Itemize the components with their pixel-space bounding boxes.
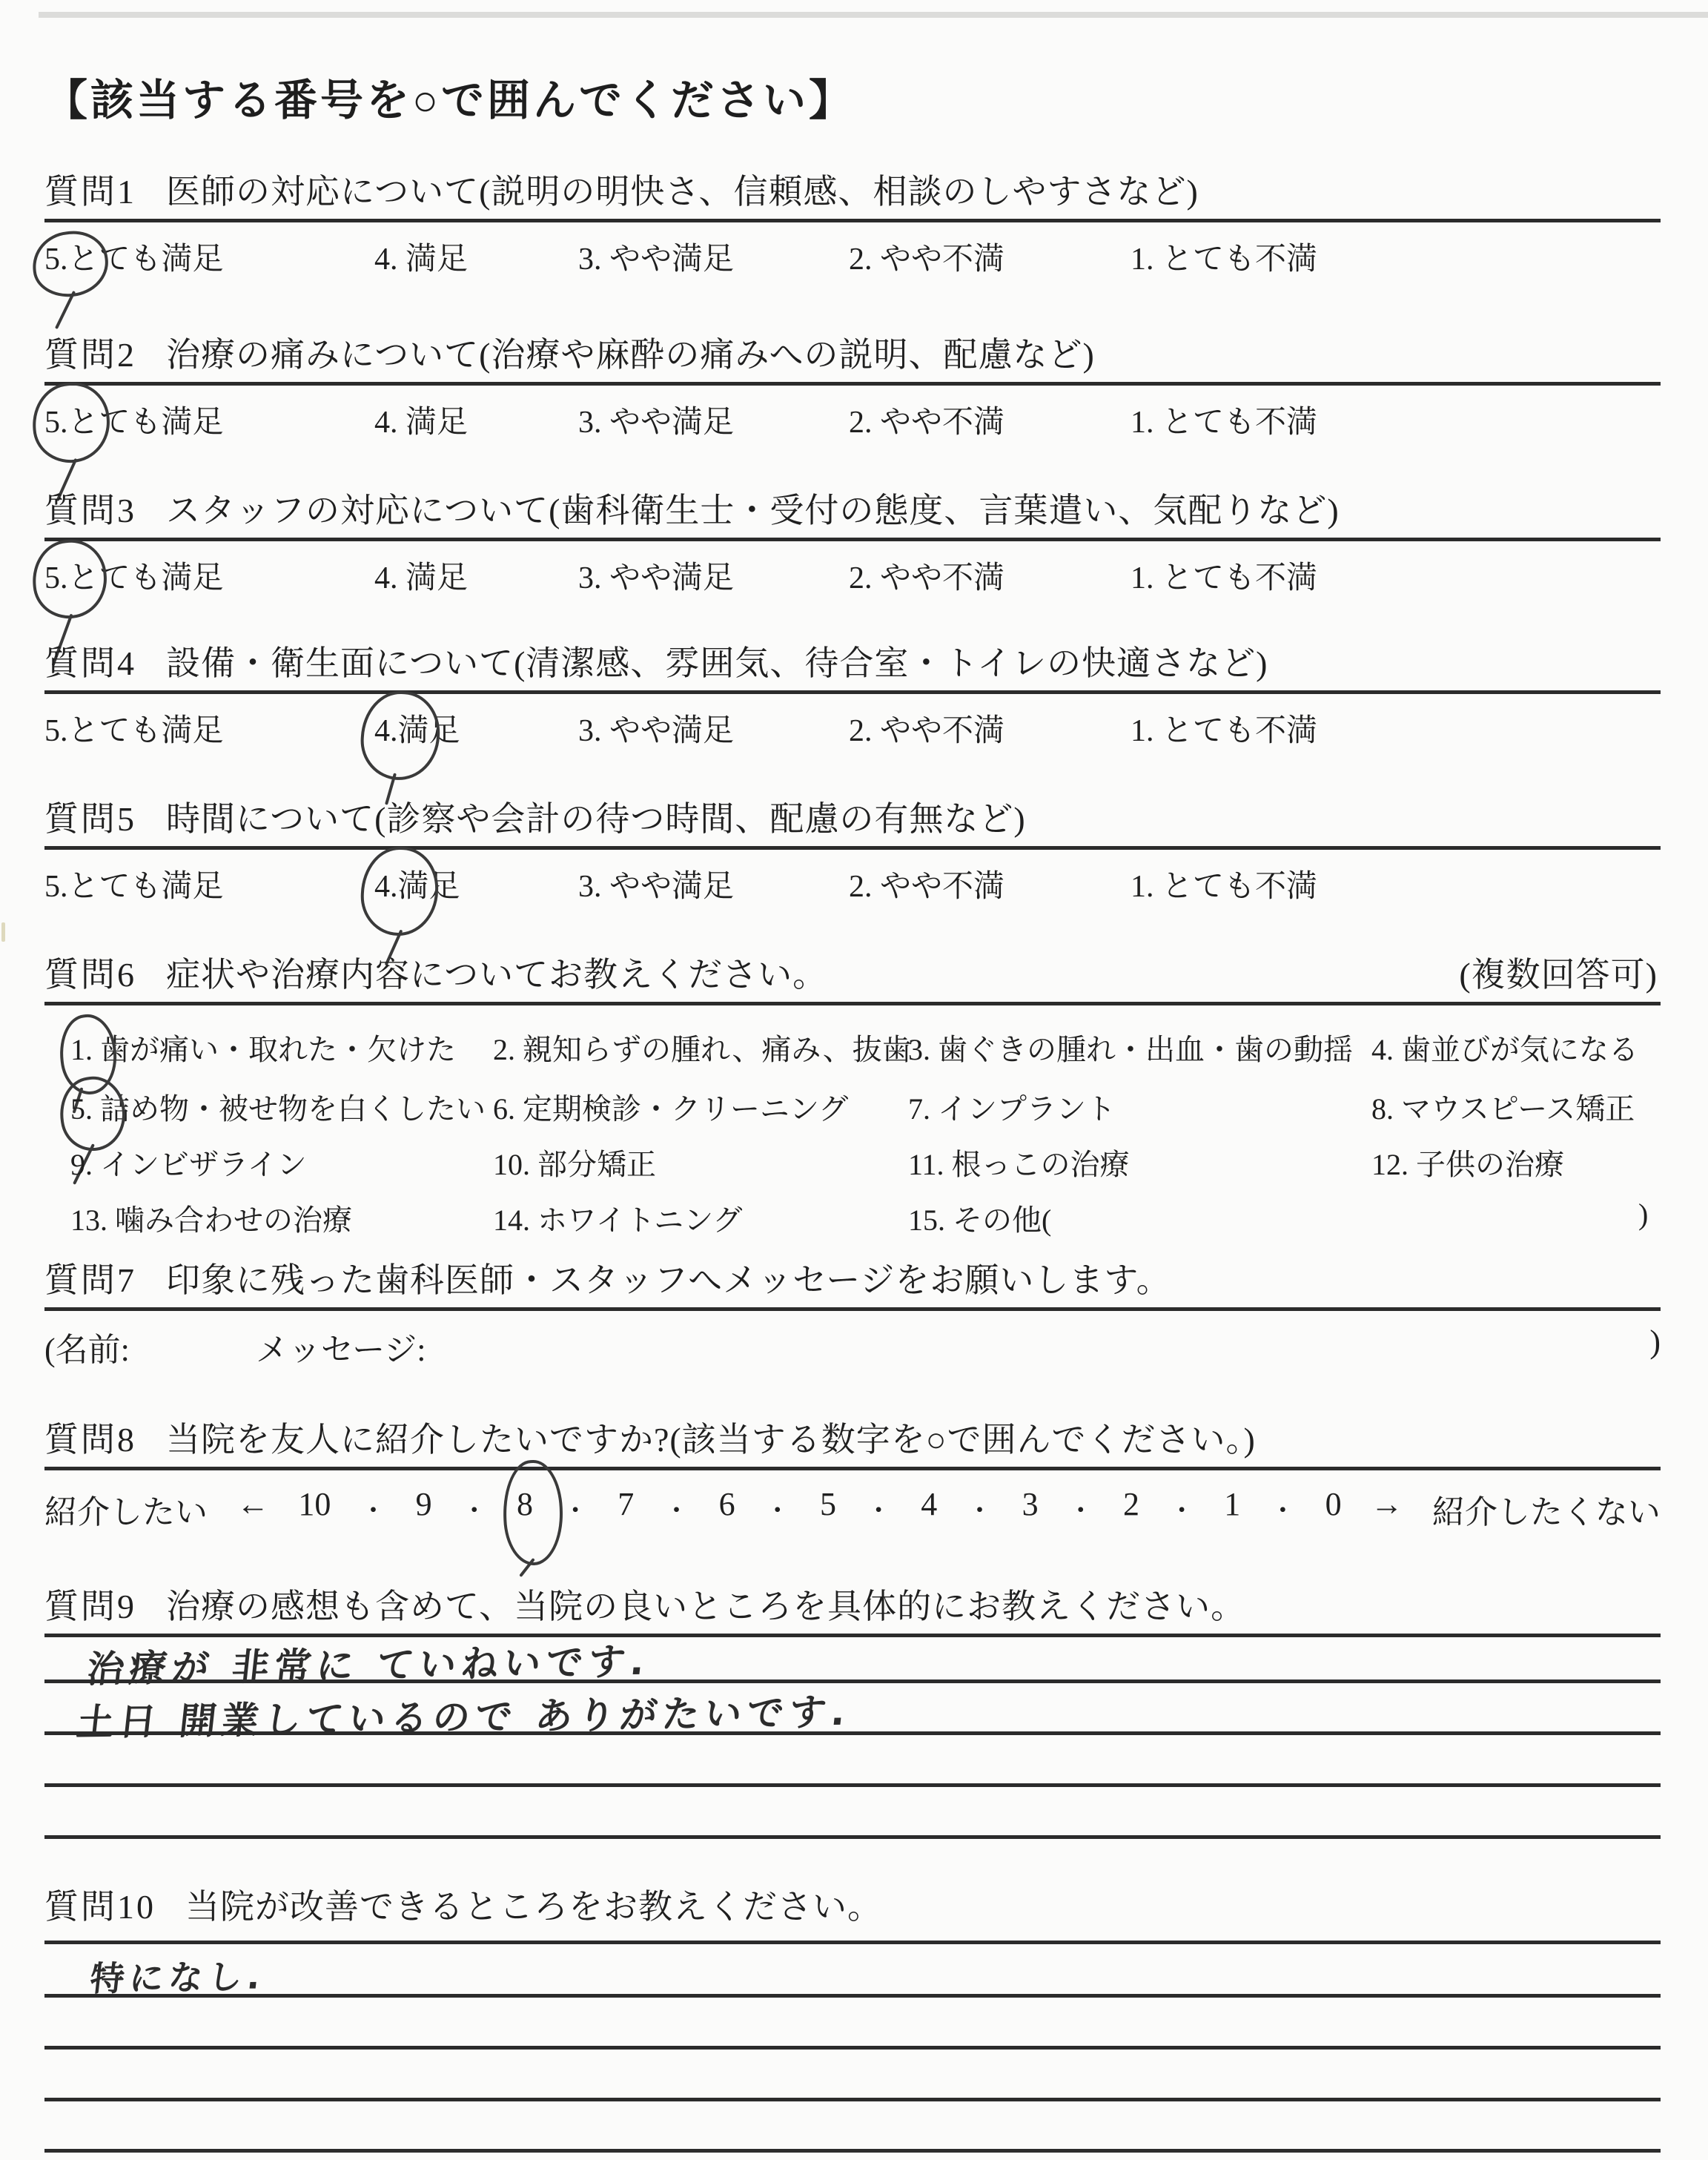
symptom-item-2: 2. 親知らずの腫れ、痛み、抜歯 (493, 1026, 912, 1069)
option-1: 1. とても不満 (1131, 397, 1317, 442)
option-3: 3. やや満足 (578, 553, 734, 598)
option-2: 2. やや不満 (849, 706, 1004, 750)
question-1-topic: 医師の対応について(説明の明快さ、信頼感、相談のしやすさなど) (166, 171, 1199, 214)
dot-separator: ・ (1067, 1485, 1094, 1527)
question-7: 質問7 印象に残った歯科医師・スタッフへメッセージをお願いします。 (名前: メ… (44, 1259, 1661, 1370)
symptom-item-9: 9. インビザライン (70, 1141, 307, 1183)
right-arrow-icon: → (1371, 1485, 1403, 1523)
pen-circle-annotation (502, 1459, 565, 1566)
symptom-item-4: 4. 歯並びが気になる (1371, 1026, 1638, 1069)
left-arrow-icon: ← (236, 1485, 269, 1523)
option-5: 5.とても満足 (44, 862, 224, 906)
question-6-label: 質問6 (44, 954, 136, 997)
question-3: 質問3 スタッフの対応について(歯科衛生士・受付の態度、言葉遣い、気配りなど) … (44, 489, 1661, 605)
question-8: 質問8 当院を友人に紹介したいですか?(該当する数字を○で囲んでください。) 紹… (44, 1418, 1661, 1533)
symptom-item-15: 15. その他( (908, 1197, 1051, 1239)
multiple-answers-note: (複数回答可) (1459, 954, 1658, 997)
pen-tail-stroke (55, 290, 76, 328)
question-1-label: 質問1 (44, 171, 136, 214)
scale-number-5: 5 (820, 1485, 836, 1523)
option-4: 4. 満足 (374, 234, 468, 279)
scale-number-2: 2 (1123, 1485, 1139, 1523)
circled-answer: 5. (44, 242, 68, 277)
handwritten-answer-line-1: 治療が 非常に ていねいです. (85, 1632, 653, 1694)
symptom-item-10: 10. 部分矯正 (493, 1141, 656, 1183)
dot-separator: ・ (764, 1485, 791, 1527)
question-7-label: 質問7 (44, 1259, 136, 1302)
scale-number-7: 7 (618, 1485, 634, 1523)
dot-separator: ・ (966, 1485, 993, 1527)
handwritten-answer-line-2: 土日 開業しているので ありがたいです. (74, 1682, 854, 1747)
circled-answer: 5. (44, 561, 68, 596)
pen-tail-stroke (519, 1557, 535, 1576)
symptom-item-13: 13. 噛み合わせの治療 (70, 1197, 352, 1239)
scale-right-label: 紹介したくない (1432, 1485, 1661, 1533)
option-2: 2. やや不満 (849, 397, 1004, 442)
question-5-topic: 時間について(診察や会計の待つ時間、配慮の有無など) (166, 798, 1026, 841)
question-9: 質問9 治療の感想も含めて、当院の良いところを具体的にお教えください。 治療が … (44, 1585, 1661, 1852)
dot-separator: ・ (461, 1485, 488, 1527)
other-close-paren: ) (1638, 1197, 1648, 1232)
scale-number-10: 10 (298, 1485, 331, 1523)
question-3-topic: スタッフの対応について(歯科衛生士・受付の態度、言葉遣い、気配りなど) (166, 489, 1340, 532)
question-9-label: 質問9 (44, 1585, 136, 1628)
question-9-topic: 治療の感想も含めて、当院の良いところを具体的にお教えください。 (166, 1585, 1245, 1628)
divider (44, 690, 1661, 694)
scan-edge-artifact (39, 12, 1708, 18)
symptom-item-11: 11. 根っこの治療 (908, 1141, 1130, 1183)
question-10-topic: 当院が改善できるところをお教えください。 (185, 1886, 882, 1929)
option-4: 4. 満足 (374, 553, 468, 598)
question-10: 質問10 当院が改善できるところをお教えください。 特になし. (44, 1886, 1661, 2160)
answer-line (44, 2149, 1661, 2153)
option-5: 5.とても満足 (44, 706, 224, 750)
divider (44, 538, 1661, 541)
nps-scale: 紹介したい ← 10 ・ 9 ・ 8 ・ 7 ・ 6 ・ 5 ・ 4 ・ 3 ・… (44, 1485, 1661, 1533)
dot-separator: ・ (1168, 1485, 1195, 1527)
circled-answer: 4. (374, 713, 398, 749)
question-3-label: 質問3 (44, 489, 136, 532)
question-6-topic: 症状や治療内容についてお教えください。 (166, 954, 827, 997)
answer-line (44, 2098, 1661, 2101)
form-title: 【該当する番号を○で囲んでください】 (44, 65, 1661, 128)
name-field-label: (名前: (44, 1323, 130, 1370)
option-1: 1. とても不満 (1131, 553, 1317, 598)
symptom-item-5: 5. 詰め物・被せ物を白くしたい (70, 1086, 486, 1128)
scale-number-9: 9 (416, 1485, 432, 1523)
question-4-topic: 設備・衛生面について(清潔感、雰囲気、待合室・トイレの快適さなど) (166, 642, 1268, 685)
option-3: 3. やや満足 (578, 706, 734, 750)
scan-margin-artifact (1, 922, 5, 942)
scale-number-4: 4 (921, 1485, 937, 1523)
symptom-item-14: 14. ホワイトニング (493, 1197, 742, 1239)
scanned-survey-form: { "document": { "title": "【該当する番号を○で囲んでく… (0, 0, 1708, 2160)
dot-separator: ・ (360, 1485, 386, 1527)
question-8-topic: 当院を友人に紹介したいですか?(該当する数字を○で囲んでください。) (166, 1418, 1256, 1462)
scale-number-1: 1 (1224, 1485, 1240, 1523)
question-4: 質問4 設備・衛生面について(清潔感、雰囲気、待合室・トイレの快適さなど) 5.… (44, 642, 1661, 758)
option-5: 5.とても満足 (44, 397, 224, 442)
question-6: 質問6 症状や治療内容についてお教えください。 (複数回答可) 1. 歯が痛い・… (44, 954, 1661, 1250)
option-5: 5.とても満足 (44, 234, 224, 279)
question-4-label: 質問4 (44, 642, 136, 685)
symptom-item-6: 6. 定期検診・クリーニング (493, 1086, 848, 1128)
message-field-label: メッセージ: (256, 1323, 426, 1370)
question-2-topic: 治療の痛みについて(治療や麻酔の痛みへの説明、配慮など) (166, 334, 1095, 377)
question-2-label: 質問2 (44, 334, 136, 377)
option-1: 1. とても不満 (1131, 234, 1317, 279)
question-8-label: 質問8 (44, 1418, 136, 1462)
symptom-item-12: 12. 子供の治療 (1371, 1141, 1564, 1183)
option-2: 2. やや不満 (849, 234, 1004, 279)
symptom-item-7: 7. インプラント (908, 1086, 1116, 1128)
divider (44, 1307, 1661, 1311)
answer-line (44, 2046, 1661, 2050)
divider (44, 1467, 1661, 1470)
option-5: 5.とても満足 (44, 553, 224, 598)
circled-answer: 5. (70, 1091, 93, 1126)
divider (44, 846, 1661, 850)
option-4: 4.満足 (374, 706, 460, 750)
option-2: 2. やや不満 (849, 553, 1004, 598)
option-1: 1. とても不満 (1131, 706, 1317, 750)
symptom-item-1: 1. 歯が痛い・取れた・欠けた (70, 1026, 456, 1069)
question-7-topic: 印象に残った歯科医師・スタッフへメッセージをお願いします。 (166, 1259, 1171, 1302)
divider (44, 1941, 1661, 1944)
divider (44, 219, 1661, 222)
option-4: 4.満足 (374, 862, 460, 906)
scale-number-3: 3 (1022, 1485, 1039, 1523)
option-4: 4. 満足 (374, 397, 468, 442)
option-1: 1. とても不満 (1131, 862, 1317, 906)
dot-separator: ・ (663, 1485, 689, 1527)
dot-separator: ・ (562, 1485, 589, 1527)
dot-separator: ・ (865, 1485, 892, 1527)
question-10-label: 質問10 (44, 1886, 156, 1929)
question-2: 質問2 治療の痛みについて(治療や麻酔の痛みへの説明、配慮など) 5.とても満足… (44, 334, 1661, 449)
scale-number-6: 6 (719, 1485, 735, 1523)
option-3: 3. やや満足 (578, 862, 734, 906)
handwritten-answer-line-1: 特になし. (87, 1949, 268, 2001)
question-5-label: 質問5 (44, 798, 136, 841)
close-paren: ) (1649, 1323, 1661, 1361)
answer-line (44, 1835, 1661, 1839)
option-2: 2. やや不満 (849, 862, 1004, 906)
symptom-item-3: 3. 歯ぐきの腫れ・出血・歯の動揺 (908, 1026, 1353, 1069)
option-3: 3. やや満足 (578, 397, 734, 442)
symptom-item-8: 8. マウスピース矯正 (1371, 1086, 1635, 1128)
scale-number-0: 0 (1325, 1485, 1342, 1523)
answer-line (44, 1783, 1661, 1787)
circled-answer: 1. (70, 1032, 93, 1067)
circled-answer: 8 (517, 1485, 533, 1523)
question-1: 質問1 医師の対応について(説明の明快さ、信頼感、相談のしやすさなど) 5.とて… (44, 171, 1661, 286)
circled-answer: 5. (44, 405, 68, 440)
dot-separator: ・ (1269, 1485, 1296, 1527)
answer-line (44, 1994, 1661, 1998)
scale-left-label: 紹介したい (44, 1485, 208, 1533)
scale-number-8: 8 (517, 1486, 533, 1522)
divider (44, 382, 1661, 386)
question-5: 質問5 時間について(診察や会計の待つ時間、配慮の有無など) 5.とても満足 4… (44, 798, 1661, 914)
option-3: 3. やや満足 (578, 234, 734, 279)
circled-answer: 4. (374, 869, 398, 905)
